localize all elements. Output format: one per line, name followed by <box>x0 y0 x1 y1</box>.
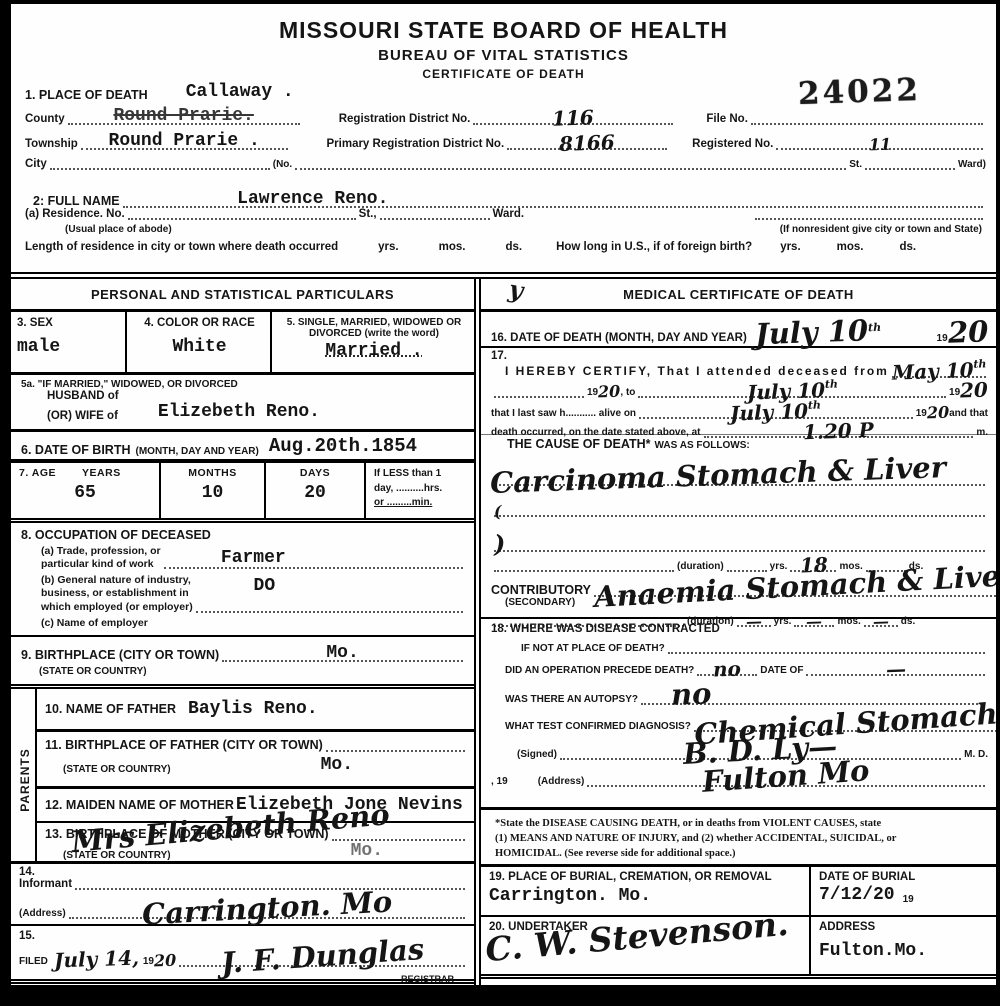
stray-pen-mark-b: ) <box>494 535 506 553</box>
filed-row: 15. Filed July 14, 19 20 J. F. Dunglas R… <box>11 926 474 984</box>
cause-label-2: WAS AS FOLLOWS: <box>655 440 750 451</box>
dob-label: 6. DATE OF BIRTH <box>21 443 131 457</box>
primary-district-label: Primary Registration District No. <box>327 138 505 150</box>
informant-number: 14. <box>19 866 468 878</box>
marital-label-2: DIVORCED (write the word) <box>278 328 470 339</box>
full-name-value: Lawrence Reno. <box>237 189 388 209</box>
burial-date-value: 7/12/20 <box>819 885 895 905</box>
certify-statement: I HEREBY CERTIFY, That I attended deceas… <box>505 364 889 378</box>
c19b: 19 <box>949 387 960 398</box>
date-of-label: DATE OF <box>760 665 803 676</box>
cause-label: THE CAUSE OF DEATH* <box>507 437 651 451</box>
days-label: DAYS <box>266 467 364 479</box>
occ-b-label-2: business, or establishment in <box>41 587 193 600</box>
city-no-label: (No. <box>273 159 292 170</box>
certify-section: 17. I HEREBY CERTIFY, That I attended de… <box>481 348 996 435</box>
city-label: City <box>25 158 47 170</box>
dod-19: 19 <box>937 333 948 344</box>
certify-to-sup: th <box>824 377 838 390</box>
registered-no-value: 11 <box>868 139 891 152</box>
less-than-label-2: day, ..........hrs. <box>374 482 472 497</box>
footnote-line-2: (1) MEANS AND NATURE OF INJURY, and (2) … <box>495 831 986 846</box>
operation-value: no <box>713 662 741 678</box>
spouse-label: 5a. "IF MARRIED," WIDOWED, OR DIVORCED <box>21 379 468 390</box>
c19a: 19 <box>587 387 598 398</box>
file-no-label: File No. <box>706 113 748 125</box>
filed-19: 19 <box>143 956 154 967</box>
sex-label: 3. SEX <box>17 317 121 329</box>
page-subtitle: BUREAU OF VITAL STATISTICS <box>11 47 996 64</box>
date-of-value: — <box>885 662 906 678</box>
primary-district-value: 8166 <box>559 135 615 152</box>
cause-value: Carcinoma Stomach & Liver <box>490 457 947 495</box>
sex-value: male <box>17 337 121 357</box>
informant-label: Informant <box>19 878 72 890</box>
informant-address-label: (Address) <box>19 908 66 919</box>
lastsaw-value: July 10 <box>730 399 809 426</box>
place-of-death-label: 1. PLACE OF DEATH <box>25 88 148 102</box>
left-column-header: PERSONAL AND STATISTICAL PARTICULARS <box>11 279 474 312</box>
lastsaw-label: that I last saw h........... alive on <box>491 408 636 419</box>
dash-1: — <box>745 615 761 628</box>
yrs2-label: yrs. <box>780 241 800 253</box>
township-label: Township <box>25 138 78 150</box>
personal-particulars-column: PERSONAL AND STATISTICAL PARTICULARS 3. … <box>11 279 481 985</box>
c19c: 19 <box>916 408 927 419</box>
footnote-line-3: HOMICIDAL. (See reverse side for additio… <box>495 846 986 861</box>
death-time: 1.20 P <box>803 423 874 440</box>
where-contracted-label: 18. WHERE WAS DISEASE CONTRACTED <box>491 623 988 635</box>
ds2-label: ds. <box>900 241 917 253</box>
certify-from-year: 20 <box>598 386 621 399</box>
race-label: 4. COLOR OR RACE <box>133 317 266 329</box>
to-label: , to <box>620 387 635 398</box>
addr-19-label: , 19 <box>491 776 508 787</box>
page-title: MISSOURI STATE BOARD OF HEALTH <box>11 17 996 44</box>
less-than-label-1: If LESS than 1 <box>374 467 472 482</box>
spouse-row: 5a. "IF MARRIED," WIDOWED, OR DIVORCED H… <box>11 375 474 432</box>
age-label: 7. AGE <box>19 467 56 479</box>
residence-ward-label: Ward. <box>493 208 525 220</box>
reg-district-label: Registration District No. <box>339 113 471 125</box>
filed-date: July 14, <box>54 950 139 968</box>
occ-b-value: DO <box>254 575 276 598</box>
informant-row: 14. Informant Mrs Elizebeth Reno (Addres… <box>11 864 474 926</box>
dob-sub-label: (MONTH, DAY AND YEAR) <box>136 446 259 457</box>
residence-st-label: St., <box>359 208 377 220</box>
undertaker-signature: C. W. Stevenson. <box>484 912 789 963</box>
burial-label: 19. PLACE OF BURIAL, CREMATION, OR REMOV… <box>489 871 805 883</box>
footnote-line-1: *State the DISEASE CAUSING DEATH, or in … <box>495 816 986 831</box>
county-struck-value: Round Prarie. <box>113 106 253 126</box>
age-row: 7. AGEYEARS 65 MONTHS 10 DAYS 20 If LESS… <box>11 463 474 523</box>
cause-of-death-section: THE CAUSE OF DEATH* WAS AS FOLLOWS: Carc… <box>481 435 996 619</box>
father-bp-label: 11. BIRTHPLACE OF FATHER (CITY OR TOWN) <box>45 738 323 752</box>
scan-bottom-edge <box>0 985 1000 1006</box>
residence-label: (a) Residence. No. <box>25 208 125 220</box>
township-value: Round Prarie . <box>109 131 260 151</box>
full-name-row: 2: FULL NAME Lawrence Reno. <box>11 176 996 208</box>
spouse-value: Elizebeth Reno. <box>158 402 320 422</box>
dob-row: 6. DATE OF BIRTH (MONTH, DAY AND YEAR) A… <box>11 432 474 463</box>
dash-3: — <box>873 615 889 628</box>
occ-b-label-1: (b) General nature of industry, <box>41 574 193 587</box>
burial-19: 19 <box>903 894 914 905</box>
certify-from-sup: th <box>973 357 987 370</box>
residence-section: (a) Residence. No. St., Ward. (Usual pla… <box>11 208 996 272</box>
dod-year: 20 <box>947 322 988 345</box>
contributory-label: CONTRIBUTORY <box>491 583 591 597</box>
marital-value: Married . <box>278 341 470 361</box>
months-label: MONTHS <box>161 467 264 479</box>
filed-year: 20 <box>154 954 177 967</box>
if-not-label: IF NOT AT PLACE OF DEATH? <box>521 643 665 654</box>
right-column-header: MEDICAL CERTIFICATE OF DEATH <box>623 287 854 302</box>
undertaker-address-label: ADDRESS <box>819 921 992 933</box>
father-value: Baylis Reno. <box>188 699 318 719</box>
pen-check-mark: y <box>508 280 525 300</box>
autopsy-label: WAS THERE AN AUTOPSY? <box>505 694 638 705</box>
registrar-label: REGISTRAR <box>401 974 454 984</box>
father-bp-sub-label: (STATE OR COUNTRY) <box>45 764 171 775</box>
age-days-value: 20 <box>266 483 364 503</box>
occ-c-label: (c) Name of employer <box>21 617 466 630</box>
medical-certificate-column: y MEDICAL CERTIFICATE OF DEATH 16. DATE … <box>481 279 996 985</box>
lastsaw-year: 20 <box>927 407 950 420</box>
occ-a-value: Farmer <box>221 547 286 570</box>
mos-label: mos. <box>439 241 466 253</box>
birthplace-sub-label: (STATE OR COUNTRY) <box>21 666 466 677</box>
race-value: White <box>133 337 266 357</box>
burial-place-value: Carrington. Mo. <box>489 886 805 906</box>
father-name-row: 10. NAME OF FATHER Baylis Reno. <box>37 689 474 732</box>
city-st-label: St. <box>849 159 862 170</box>
age-years-value: 65 <box>11 483 159 503</box>
occ-b-label-3: which employed (or employer) <box>41 601 193 614</box>
full-name-label: 2: FULL NAME <box>33 194 120 208</box>
occ-a-label-1: (a) Trade, profession, or <box>41 545 161 558</box>
place-of-death-section: 1. PLACE OF DEATH Callaway . County Roun… <box>11 82 996 176</box>
autopsy-value: no <box>671 683 712 706</box>
registered-no-label: Registered No. <box>692 138 773 150</box>
less-than-label-3: or .........min. <box>374 496 472 511</box>
duration-label: (duration) <box>677 561 724 572</box>
us-length-label: How long in U.S., if of foreign birth? <box>556 241 752 253</box>
yrs-label: yrs. <box>378 241 398 253</box>
birthplace-row: 9. BIRTHPLACE (CITY OR TOWN) Mo. (STATE … <box>11 637 474 689</box>
test-label: WHAT TEST CONFIRMED DIAGNOSIS? <box>505 721 691 732</box>
dod-label: 16. DATE OF DEATH (MONTH, DAY AND YEAR) <box>491 332 747 344</box>
ds-label: ds. <box>505 241 522 253</box>
years-label: YEARS <box>82 467 121 479</box>
undertaker-row: 20. UNDERTAKER C. W. Stevenson. ADDRESS … <box>481 917 996 979</box>
father-label: 10. NAME OF FATHER <box>45 702 176 716</box>
signed-label: (Signed) <box>517 749 557 760</box>
sex-race-marital-row: 3. SEX male 4. COLOR OR RACE White 5. SI… <box>11 312 474 375</box>
county-label: County <box>25 113 65 125</box>
age-months-value: 10 <box>161 483 264 503</box>
husband-of-label: HUSBAND of <box>21 390 468 402</box>
father-bp-value: Mo. <box>321 755 353 775</box>
document-header: MISSOURI STATE BOARD OF HEALTH BUREAU OF… <box>11 4 996 82</box>
burial-date-label: DATE OF BURIAL <box>819 871 992 883</box>
stray-pen-mark-a: ( <box>494 506 502 518</box>
dob-value: Aug.20th.1854 <box>269 435 417 457</box>
disease-contracted-section: 18. WHERE WAS DISEASE CONTRACTED IF NOT … <box>481 619 996 810</box>
birthplace-label: 9. BIRTHPLACE (CITY OR TOWN) <box>21 648 219 662</box>
nonresident-label: (If nonresident give city or town and St… <box>780 224 982 235</box>
filed-label: Filed <box>19 956 48 967</box>
wife-of-label: (OR) WIFE of <box>21 410 118 422</box>
death-certificate-sheet: MISSOURI STATE BOARD OF HEALTH BUREAU OF… <box>0 0 1000 1006</box>
mother-bp-value: Mo. <box>351 841 383 861</box>
mother-label: 12. MAIDEN NAME OF MOTHER <box>45 798 234 812</box>
occupation-label: 8. OCCUPATION OF DECEASED <box>21 528 466 542</box>
occupation-row: 8. OCCUPATION OF DECEASED (a) Trade, pro… <box>11 523 474 637</box>
mos2-label: mos. <box>837 241 864 253</box>
county-value: Callaway . <box>186 82 294 102</box>
dod-sup: th <box>868 321 882 334</box>
andthat-label: and that <box>949 408 988 419</box>
abode-label: (Usual place of abode) <box>65 224 172 235</box>
marital-label: 5. SINGLE, MARRIED, WIDOWED OR <box>278 317 470 328</box>
footnote: *State the DISEASE CAUSING DEATH, or in … <box>481 810 996 867</box>
undertaker-address-value: Fulton.Mo. <box>819 941 992 961</box>
city-ward-label: Ward) <box>958 159 986 170</box>
address-paren-label: (Address) <box>538 776 585 787</box>
dod-value: July 10 <box>754 314 868 352</box>
birthplace-value: Mo. <box>326 643 358 663</box>
physician-address: Fulton Mo <box>702 760 871 793</box>
occ-a-label-2: particular kind of work <box>41 558 161 571</box>
father-birthplace-row: 11. BIRTHPLACE OF FATHER (CITY OR TOWN) … <box>37 732 474 789</box>
length-residence-label: Length of residence in city or town wher… <box>25 241 338 253</box>
certify-to-year: 20 <box>960 383 988 399</box>
informant-address: Carrington. Mo <box>141 891 392 926</box>
dash-2: — <box>806 615 822 628</box>
operation-label: DID AN OPERATION PRECEDE DEATH? <box>505 665 694 676</box>
parents-vertical-label: PARENTS <box>11 689 37 861</box>
reg-district-value: 116 <box>552 110 594 126</box>
date-of-death-row: 16. DATE OF DEATH (MONTH, DAY AND YEAR) … <box>481 312 996 348</box>
md-label: M. D. <box>964 749 988 760</box>
lastsaw-sup: th <box>808 398 822 411</box>
